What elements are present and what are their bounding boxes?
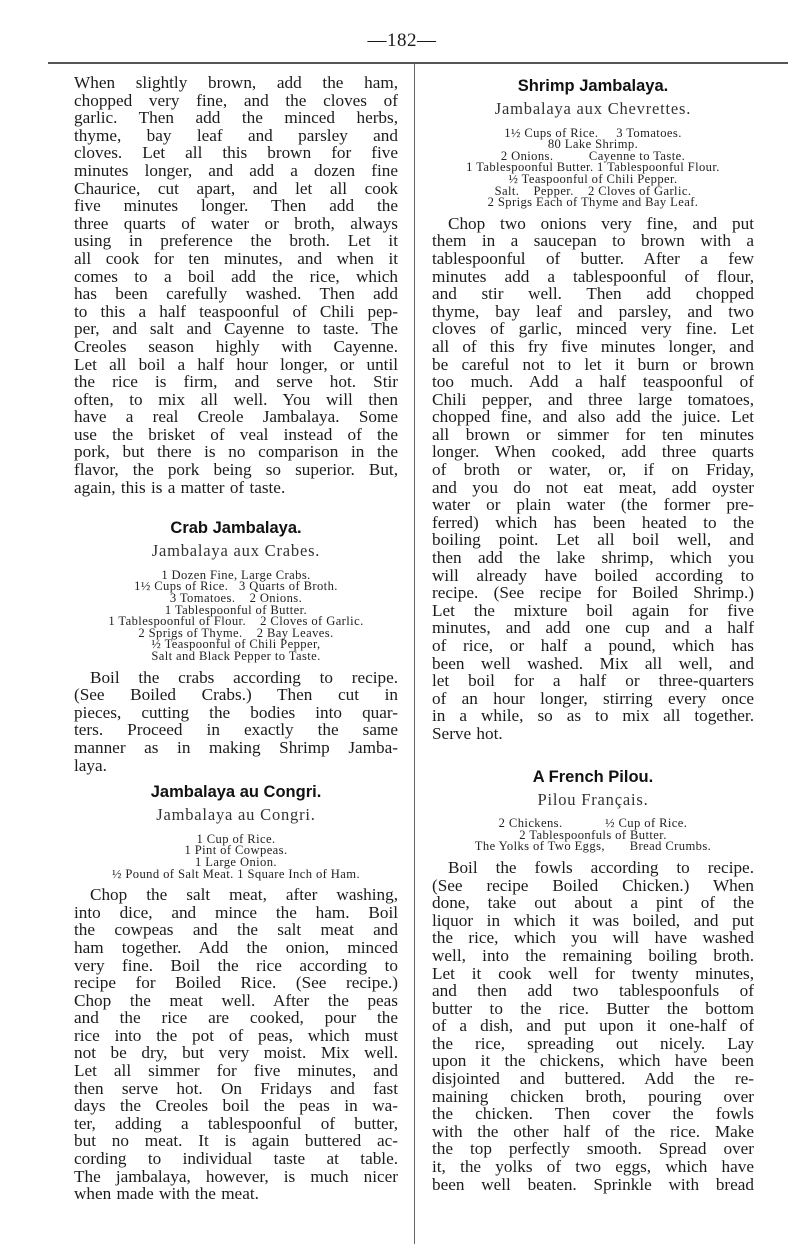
text-line: in a while, so as to mix all together.: [432, 707, 754, 725]
text-line: Chop the meat well. After the peas: [74, 992, 398, 1010]
ingredients-crab-jambalaya: 1 Dozen Fine, Large Crabs.1½ Cups of Ric…: [74, 570, 398, 663]
instructions-crab-jambalaya: Boil the crabs according to recipe.(See …: [74, 669, 398, 775]
text-line: but no meat. It is again buttered ac-: [74, 1132, 398, 1150]
page-number: —182—: [0, 30, 804, 52]
text-line: of an hour longer, stirring every once: [432, 690, 754, 708]
recipe-title-shrimp-jambalaya: Shrimp Jambalaya.: [432, 76, 754, 96]
text-line: and then add two tablespoonfuls of: [432, 982, 754, 1000]
text-line: not be dry, but very moist. Mix well.: [74, 1044, 398, 1062]
text-line: ters. Proceed in exactly the same: [74, 721, 398, 739]
text-line: Chili pepper, and three large tomatoes,: [432, 391, 754, 409]
instructions-jambalaya-congri: Chop the salt meat, after washing,into d…: [74, 886, 398, 1203]
text-line: cloves. Let all this brown for five: [74, 144, 398, 162]
text-line: maining chicken broth, pouring over: [432, 1088, 754, 1106]
text-line: water or plain water (the former pre-: [432, 496, 754, 514]
text-line: When slightly brown, add the ham,: [74, 74, 398, 92]
text-line: cloves of garlic, minced very fine. Let: [432, 320, 754, 338]
text-line: all brown or simmer for ten minutes: [432, 426, 754, 444]
recipe-subtitle-jambalaya-congri: Jambalaya au Congri.: [74, 806, 398, 824]
ingredient-line: The Yolks of Two Eggs, Bread Crumbs.: [432, 841, 754, 853]
text-line: then add the lake shrimp, which you: [432, 549, 754, 567]
text-line: minutes, and add one cup and a half: [432, 619, 754, 637]
jambalaya-continuation-text: When slightly brown, add the ham,chopped…: [74, 74, 398, 496]
text-line: let boil for a half or three-quarters: [432, 672, 754, 690]
text-line: Let all simmer for five minutes, and: [74, 1062, 398, 1080]
instructions-french-pilou: Boil the fowls according to recipe.(See …: [432, 859, 754, 1193]
text-line: again, this is a matter of taste.: [74, 479, 398, 497]
text-line: be careful not to let it burn or brown: [432, 356, 754, 374]
text-line: thyme, bay leaf and parsley, and two: [432, 303, 754, 321]
text-line: manner as in making Shrimp Jamba-: [74, 739, 398, 757]
text-line: thyme, bay leaf and parsley and: [74, 127, 398, 145]
text-line: Chaurice, cut apart, and let all cook: [74, 180, 398, 198]
ingredients-shrimp-jambalaya: 1½ Cups of Rice. 3 Tomatoes.80 Lake Shri…: [432, 128, 754, 209]
recipe-title-french-pilou: A French Pilou.: [432, 767, 754, 787]
text-line: recipe. (See recipe for Boiled Shrimp.): [432, 584, 754, 602]
recipe-subtitle-shrimp-jambalaya: Jambalaya aux Chevrettes.: [432, 100, 754, 118]
text-line: too much. Add a half teaspoonful of: [432, 373, 754, 391]
text-line: (See recipe Boiled Chicken.) When: [432, 877, 754, 895]
text-line: to this a half teaspoonful of Chili pep-: [74, 303, 398, 321]
text-line: been well washed. Mix all well, and: [432, 655, 754, 673]
text-line: the rice, spreading out nicely. Lay: [432, 1035, 754, 1053]
text-line: then serve hot. On Fridays and fast: [74, 1080, 398, 1098]
text-line: Boil the crabs according to recipe.: [74, 669, 398, 687]
text-line: the rice, which you will have washed: [432, 929, 754, 947]
text-line: and you do not eat meat, add oyster: [432, 479, 754, 497]
text-line: per, and salt and Cayenne to taste. The: [74, 320, 398, 338]
text-line: the cowpeas and the salt meat and: [74, 921, 398, 939]
text-line: of broth or water, or, if on Friday,: [432, 461, 754, 479]
text-line: flavor, the pork being so superior. But,: [74, 461, 398, 479]
text-line: chopped very fine, and the cloves of: [74, 92, 398, 110]
text-line: very fine. Boil the rice according to: [74, 957, 398, 975]
text-line: Chop two onions very fine, and put: [432, 215, 754, 233]
text-line: with the other half of the rice. Make: [432, 1123, 754, 1141]
recipe-title-jambalaya-congri: Jambalaya au Congri.: [74, 782, 398, 802]
text-line: laya.: [74, 757, 398, 775]
text-line: Chop the salt meat, after washing,: [74, 886, 398, 904]
text-line: done, take out about a pint of the: [432, 894, 754, 912]
text-line: and stir well. Then add chopped: [432, 285, 754, 303]
text-line: ter, adding a tablespoonful of butter,: [74, 1115, 398, 1133]
text-line: cording to individual taste at table.: [74, 1150, 398, 1168]
text-line: garlic. Then add the minced herbs,: [74, 109, 398, 127]
text-line: it, the yolks of two eggs, which have: [432, 1158, 754, 1176]
text-line: tablespoonful of butter. After a few: [432, 250, 754, 268]
ingredients-french-pilou: 2 Chickens. ½ Cup of Rice.2 Tablespoonfu…: [432, 818, 754, 853]
text-line: three quarts of water or broth, always: [74, 215, 398, 233]
text-line: longer. When cooked, add three quarts: [432, 443, 754, 461]
text-line: pieces, cutting the bodies into quar-: [74, 704, 398, 722]
text-line: comes to a boil add the rice, which: [74, 268, 398, 286]
text-line: recipe for Boiled Rice. (See recipe.): [74, 974, 398, 992]
text-line: been well beaten. Sprinkle with bread: [432, 1176, 754, 1194]
text-line: all cook for ten minutes, and when it: [74, 250, 398, 268]
text-line: rice into the pot of peas, which must: [74, 1027, 398, 1045]
column-divider: [414, 64, 415, 1244]
text-line: often, to mix all well. You will then: [74, 391, 398, 409]
text-line: Let all boil a half hour longer, or unti…: [74, 356, 398, 374]
text-line: the top perfectly smooth. Spread over: [432, 1140, 754, 1158]
instructions-shrimp-jambalaya: Chop two onions very fine, and putthem i…: [432, 215, 754, 743]
ingredient-line: Salt and Black Pepper to Taste.: [74, 651, 398, 663]
text-line: Serve hot.: [432, 725, 754, 743]
text-line: Let the mixture boil again for five: [432, 602, 754, 620]
text-line: use the brisket of veal instead of the: [74, 426, 398, 444]
text-line: Let it cook well for twenty minutes,: [432, 965, 754, 983]
text-line: into dice, and mince the ham. Boil: [74, 904, 398, 922]
text-line: ferred) which has been heated to the: [432, 514, 754, 532]
recipe-subtitle-crab-jambalaya: Jambalaya aux Crabes.: [74, 542, 398, 560]
text-line: minutes longer, and add a dozen fine: [74, 162, 398, 180]
text-line: boiling point. Let all boil well, and: [432, 531, 754, 549]
ingredient-line: 2 Sprigs Each of Thyme and Bay Leaf.: [432, 197, 754, 209]
text-line: minutes add a tablespoonful of flour,: [432, 268, 754, 286]
text-line: has been carefully washed. Then add: [74, 285, 398, 303]
text-line: liquor in which it was boiled, and put: [432, 912, 754, 930]
text-line: butter to the rice. Butter the bottom: [432, 1000, 754, 1018]
ingredient-line: ½ Pound of Salt Meat. 1 Square Inch of H…: [74, 869, 398, 881]
text-line: will already have boiled according to: [432, 567, 754, 585]
text-line: have a real Creole Jambalaya. Some: [74, 408, 398, 426]
text-line: the rice is firm, and serve hot. Stir: [74, 373, 398, 391]
text-line: the chicken. Then cover the fowls: [432, 1105, 754, 1123]
text-line: well, into the remaining boiling broth.: [432, 947, 754, 965]
text-line: chopped fine, and also add the juice. Le…: [432, 408, 754, 426]
text-line: days the Creoles boil the peas in wa-: [74, 1097, 398, 1115]
text-line: of a dish, and put upon it one-half of: [432, 1017, 754, 1035]
header-rule: [48, 62, 788, 64]
text-line: five minutes longer. Then add the: [74, 197, 398, 215]
recipe-title-crab-jambalaya: Crab Jambalaya.: [74, 518, 398, 538]
right-column: Shrimp Jambalaya. Jambalaya aux Chevrett…: [432, 74, 754, 1193]
left-column: When slightly brown, add the ham,chopped…: [74, 74, 398, 1203]
text-line: using in preference the broth. Let it: [74, 232, 398, 250]
text-line: all of this fry five minutes longer, and: [432, 338, 754, 356]
text-line: Creoles season highly with Cayenne.: [74, 338, 398, 356]
text-line: ham together. Add the onion, minced: [74, 939, 398, 957]
text-line: Boil the fowls according to recipe.: [432, 859, 754, 877]
text-line: of rice, or half a pound, which has: [432, 637, 754, 655]
ingredients-jambalaya-congri: 1 Cup of Rice.1 Pint of Cowpeas.1 Large …: [74, 834, 398, 880]
text-line: them in a saucepan to brown with a: [432, 232, 754, 250]
text-line: The jambalaya, however, is much nicer: [74, 1168, 398, 1186]
text-line: disjointed and buttered. Add the re-: [432, 1070, 754, 1088]
text-line: upon it the chickens, which have been: [432, 1052, 754, 1070]
text-line: pork, but there is no comparison in the: [74, 443, 398, 461]
text-line: (See Boiled Crabs.) Then cut in: [74, 686, 398, 704]
recipe-subtitle-french-pilou: Pilou Français.: [432, 791, 754, 809]
text-line: when made with the meat.: [74, 1185, 398, 1203]
text-line: and the rice are cooked, pour the: [74, 1009, 398, 1027]
